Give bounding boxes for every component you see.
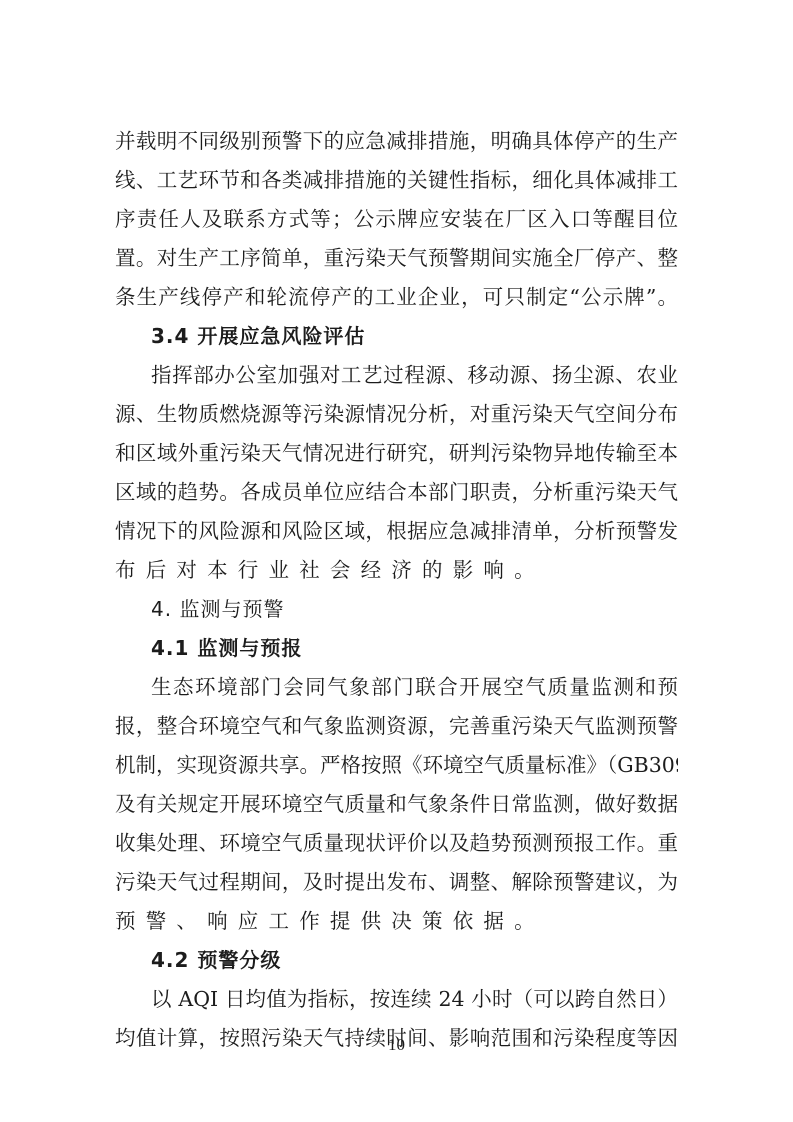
paragraph-line: 线、工艺环节和各类减排措施的关键性指标，细化具体减排工: [115, 164, 678, 203]
paragraph-line: 和区域外重污染天气情况进行研究，研判污染物异地传输至本: [115, 437, 678, 476]
paragraph-line: 置。对生产工序简单，重污染天气预警期间实施全厂停产、整: [115, 242, 678, 281]
paragraph-line: 机制，实现资源共享。严格按照《环境空气质量标准》（GB3095）: [115, 749, 678, 788]
paragraph-line: 报，整合环境空气和气象监测资源，完善重污染天气监测预警: [115, 710, 678, 749]
section-heading-4: 4. 监测与预警: [115, 593, 678, 632]
section-heading-3-4: 3.4 开展应急风险评估: [115, 320, 678, 359]
paragraph-line: 布后对本行业社会经济的影响。: [115, 554, 678, 593]
paragraph-line: 预警、响应工作提供决策依据。: [115, 905, 678, 944]
section-heading-4-1: 4.1 监测与预报: [115, 632, 678, 671]
paragraph-line: 指挥部办公室加强对工艺过程源、移动源、扬尘源、农业: [115, 359, 678, 398]
paragraph-line: 污染天气过程期间，及时提出发布、调整、解除预警建议，为: [115, 866, 678, 905]
paragraph-line: 条生产线停产和轮流停产的工业企业，可只制定“公示牌”。: [115, 281, 678, 320]
paragraph-line: 生态环境部门会同气象部门联合开展空气质量监测和预: [115, 671, 678, 710]
page-number: 10: [0, 1035, 793, 1055]
paragraph-line: 以 AQI 日均值为指标，按连续 24 小时（可以跨自然日）: [115, 983, 678, 1022]
paragraph-line: 源、生物质燃烧源等污染源情况分析，对重污染天气空间分布: [115, 398, 678, 437]
section-heading-4-2: 4.2 预警分级: [115, 944, 678, 983]
paragraph-line: 及有关规定开展环境空气质量和气象条件日常监测，做好数据: [115, 788, 678, 827]
paragraph-line: 并载明不同级别预警下的应急减排措施，明确具体停产的生产: [115, 125, 678, 164]
document-page: 并载明不同级别预警下的应急减排措施，明确具体停产的生产 线、工艺环节和各类减排措…: [0, 0, 793, 1122]
page-body: 并载明不同级别预警下的应急减排措施，明确具体停产的生产 线、工艺环节和各类减排措…: [115, 125, 678, 1061]
paragraph-line: 区域的趋势。各成员单位应结合本部门职责，分析重污染天气: [115, 476, 678, 515]
paragraph-line: 收集处理、环境空气质量现状评价以及趋势预测预报工作。重: [115, 827, 678, 866]
paragraph-line: 序责任人及联系方式等；公示牌应安装在厂区入口等醒目位: [115, 203, 678, 242]
paragraph-line: 情况下的风险源和风险区域，根据应急减排清单，分析预警发: [115, 515, 678, 554]
